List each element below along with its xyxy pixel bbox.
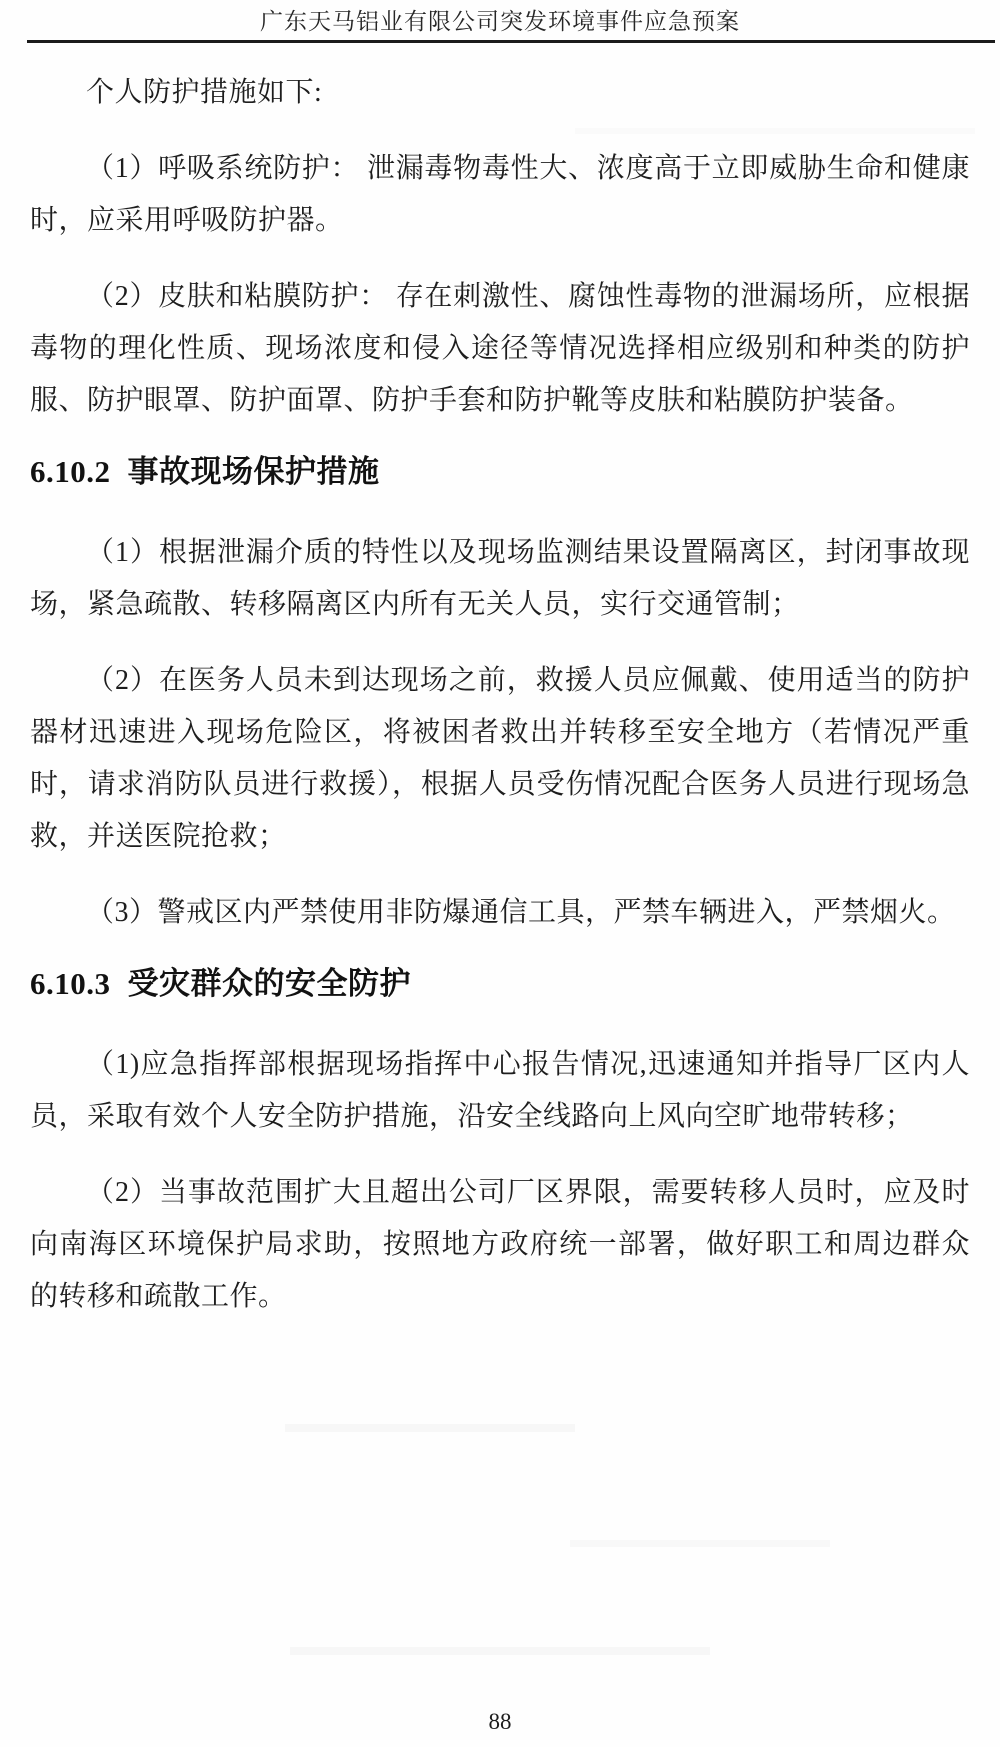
scan-artifact (285, 1424, 575, 1432)
section-number: 6.10.3 (30, 966, 111, 1001)
document-page: 广东天马铝业有限公司突发环境事件应急预案 个人防护措施如下: （1）呼吸系统防护… (0, 0, 1000, 1747)
paragraph: （2）当事故范围扩大且超出公司厂区界限，需要转移人员时，应及时向南海区环境保护局… (30, 1167, 970, 1323)
section-title: 事故现场保护措施 (128, 454, 380, 489)
section-number: 6.10.2 (30, 454, 111, 489)
paragraph: （2）皮肤和粘膜防护： 存在刺激性、腐蚀性毒物的泄漏场所，应根据毒物的理化性质、… (30, 271, 970, 427)
scan-artifact (290, 1647, 710, 1655)
header-rule (27, 40, 995, 43)
paragraph: （1）根据泄漏介质的特性以及现场监测结果设置隔离区，封闭事故现场，紧急疏散、转移… (30, 527, 970, 631)
section-heading-6-10-3: 6.10.3受灾群众的安全防护 (30, 961, 970, 1007)
page-footer: 88 (0, 1709, 1000, 1735)
header-title: 广东天马铝业有限公司突发环境事件应急预案 (0, 0, 1000, 35)
paragraph: （1)应急指挥部根据现场指挥中心报告情况,迅速通知并指导厂区内人员，采取有效个人… (30, 1039, 970, 1143)
paragraph: （1）呼吸系统防护： 泄漏毒物毒性大、浓度高于立即威胁生命和健康时，应采用呼吸防… (30, 143, 970, 247)
document-body: 个人防护措施如下: （1）呼吸系统防护： 泄漏毒物毒性大、浓度高于立即威胁生命和… (30, 67, 970, 1323)
paragraph: （3）警戒区内严禁使用非防爆通信工具，严禁车辆进入，严禁烟火。 (30, 887, 970, 939)
paragraph: （2）在医务人员未到达现场之前，救援人员应佩戴、使用适当的防护器材迅速进入现场危… (30, 655, 970, 863)
section-title: 受灾群众的安全防护 (128, 966, 412, 1001)
page-number: 88 (489, 1709, 512, 1734)
scan-artifact (570, 1540, 830, 1547)
paragraph: 个人防护措施如下: (30, 67, 970, 119)
page-header: 广东天马铝业有限公司突发环境事件应急预案 (0, 0, 1000, 43)
section-heading-6-10-2: 6.10.2事故现场保护措施 (30, 449, 970, 495)
